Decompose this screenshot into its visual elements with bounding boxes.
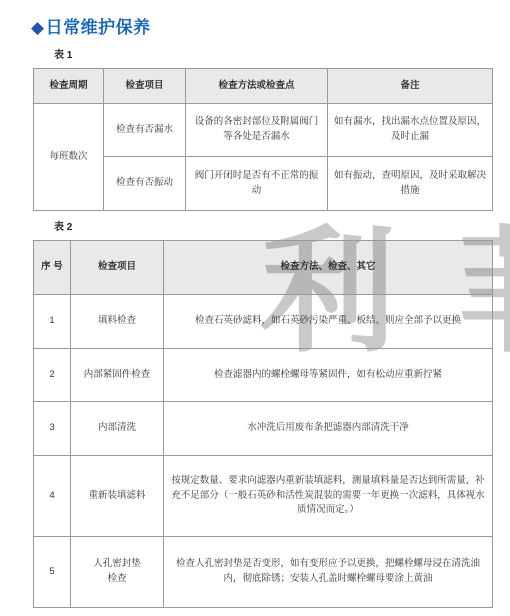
table1-item-cell: 检查有否振动 <box>104 157 186 211</box>
table-row: 3 内部清洗 水冲洗后用废布条把滤器内部清洗干净 <box>34 402 493 456</box>
table2-header-no: 序 号 <box>34 241 71 295</box>
table2-item-cell: 填料检查 <box>71 295 164 349</box>
table-row: 1 填料检查 检查石英砂滤料，如石英砂污染严重、板结、则应全部予以更换 <box>34 295 493 349</box>
table2-no-cell: 1 <box>34 295 71 349</box>
table2-label: 表 2 <box>54 218 72 233</box>
table1-note-cell: 如有漏水，找出漏水点位置及原因，及时止漏 <box>328 104 493 157</box>
table1-header-row: 检查周期 检查项目 检查方法或检查点 备注 <box>34 69 493 104</box>
table2-method-cell: 检查滤器内的螺栓螺母等紧固件，如有松动应重新拧紧 <box>164 349 493 402</box>
table1-header-note: 备注 <box>328 69 493 104</box>
table2-no-cell: 3 <box>34 402 71 456</box>
table2-method-cell: 检查石英砂滤料，如石英砂污染严重、板结、则应全部予以更换 <box>164 295 493 349</box>
table2-item-cell: 内部清洗 <box>71 402 164 456</box>
table1-header-method: 检查方法或检查点 <box>186 69 328 104</box>
table-row: 5 人孔密封垫 检查 检查人孔密封垫是否变形，如有变形应予以更换，把螺栓螺母浸在… <box>34 537 493 608</box>
table2-method-cell: 检查人孔密封垫是否变形，如有变形应予以更换，把螺栓螺母浸在清洗油内，彻底除锈；安… <box>164 537 493 608</box>
table1-label: 表 1 <box>54 46 72 61</box>
table1-item-cell: 检查有否漏水 <box>104 104 186 157</box>
table2-method-cell: 按规定数量、要求向滤器内重新装填滤料，测量填料量是否达到所需量，补充不足部分（一… <box>164 456 493 537</box>
diamond-bullet-icon: ◆ <box>31 18 45 37</box>
table-row: 2 内部紧固件检查 检查滤器内的螺栓螺母等紧固件，如有松动应重新拧紧 <box>34 349 493 402</box>
table2-no-cell: 5 <box>34 537 71 608</box>
table2-item-cell: 内部紧固件检查 <box>71 349 164 402</box>
table2-header-method: 检查方法、检查、其它 <box>164 241 493 295</box>
table1-method-cell: 设备的各密封部位及附属阀门等各处是否漏水 <box>186 104 328 157</box>
table1-method-cell: 阀门开闭时是否有不正常的振动 <box>186 157 328 211</box>
table1-cycle-cell: 每班数次 <box>34 104 104 211</box>
table-row: 4 重新装填滤料 按规定数量、要求向滤器内重新装填滤料，测量填料量是否达到所需量… <box>34 456 493 537</box>
table1-header-item: 检查项目 <box>104 69 186 104</box>
table2-header-item: 检查项目 <box>71 241 164 295</box>
document-page: 利 菲 ◆日常维护保养 表 1 检查周期 检查项目 检查方法或检查点 备注 每班… <box>0 0 510 616</box>
table1-header-cycle: 检查周期 <box>34 69 104 104</box>
table2-header-row: 序 号 检查项目 检查方法、检查、其它 <box>34 241 493 295</box>
table2-method-cell: 水冲洗后用废布条把滤器内部清洗干净 <box>164 402 493 456</box>
table2-no-cell: 2 <box>34 349 71 402</box>
maintenance-table-2: 序 号 检查项目 检查方法、检查、其它 1 填料检查 检查石英砂滤料，如石英砂污… <box>33 240 493 608</box>
table1-note-cell: 如有振动，查明原因，及时采取解决措施 <box>328 157 493 211</box>
maintenance-table-1: 检查周期 检查项目 检查方法或检查点 备注 每班数次 检查有否漏水 设备的各密封… <box>33 68 493 211</box>
table2-item-cell: 人孔密封垫 检查 <box>71 537 164 608</box>
table2-no-cell: 4 <box>34 456 71 537</box>
table-row: 每班数次 检查有否漏水 设备的各密封部位及附属阀门等各处是否漏水 如有漏水，找出… <box>34 104 493 157</box>
section-title: ◆日常维护保养 <box>31 13 151 38</box>
table2-item-cell: 重新装填滤料 <box>71 456 164 537</box>
section-title-text: 日常维护保养 <box>46 18 151 37</box>
